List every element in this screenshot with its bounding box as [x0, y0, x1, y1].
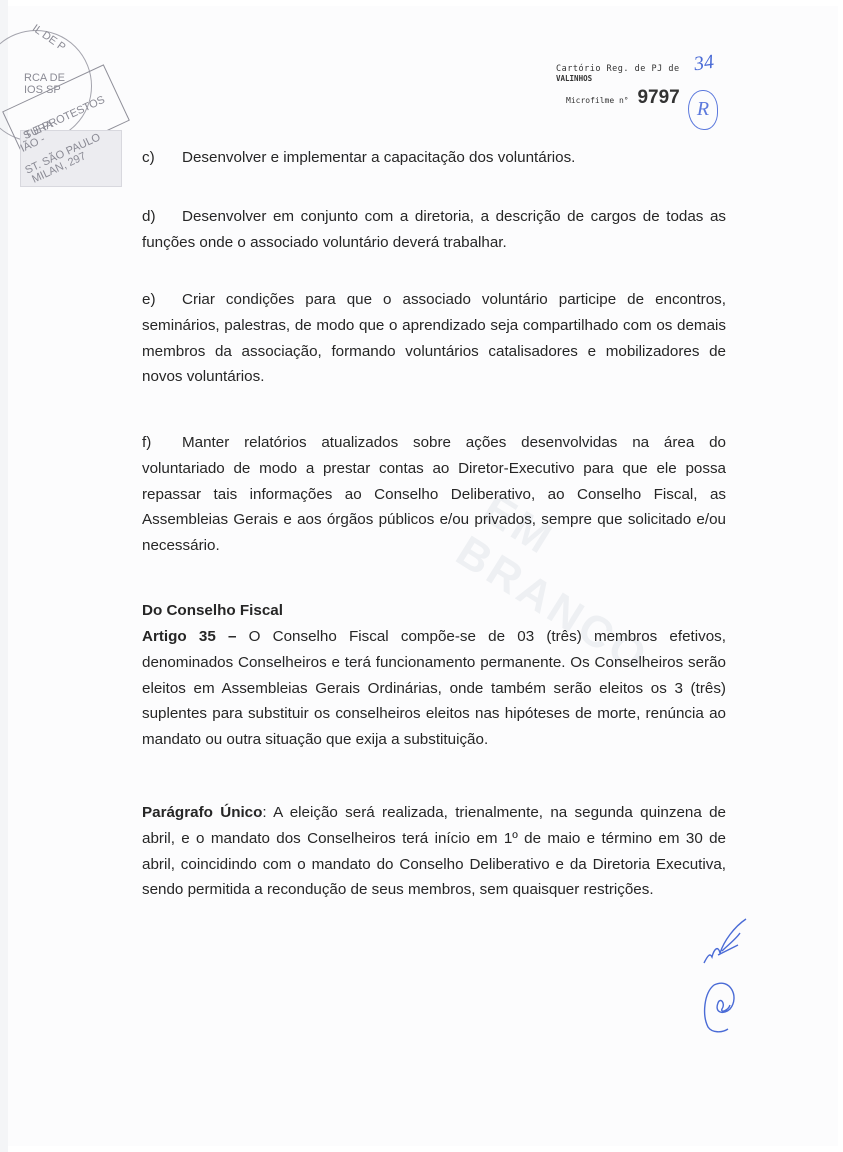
- list-item-d: d)Desenvolver em conjunto com a diretori…: [142, 204, 726, 256]
- folio-number: 34: [692, 51, 715, 77]
- registry-city: VALINHOS: [556, 74, 746, 83]
- list-item-f: f)Manter relatórios atualizados sobre aç…: [142, 430, 726, 559]
- item-marker: f): [142, 430, 182, 456]
- paragrafo-unico: Parágrafo Único: A eleição será realizad…: [142, 800, 726, 903]
- registry-stamp: Cartório Reg. de PJ de VALINHOS Microfil…: [556, 64, 746, 109]
- microfilm-number: 9797: [637, 87, 679, 108]
- list-item-e: e)Criar condições para que o associado v…: [142, 287, 726, 390]
- item-text: Criar condições para que o associado vol…: [142, 291, 726, 385]
- signature-mark: [700, 915, 750, 975]
- article-text: O Conselho Fiscal compõe-se de 03 (três)…: [142, 628, 726, 748]
- item-text: Desenvolver em conjunto com a diretoria,…: [142, 208, 726, 251]
- microfilm-row: Microfilme n° 9797: [566, 87, 746, 109]
- article-label: Artigo 35 –: [142, 628, 236, 645]
- section-heading: Do Conselho Fiscal: [142, 598, 726, 624]
- seal-line: IOS SP: [24, 84, 61, 96]
- microfilm-label: Microfilme n°: [566, 96, 629, 105]
- item-text: Desenvolver e implementar a capacitação …: [182, 149, 575, 166]
- notary-seal-stamp: IL DE P RCA DE IOS SP S E PROTESTOS TURA…: [10, 30, 130, 180]
- scan-edge: [0, 0, 8, 1152]
- paragraph-label: Parágrafo Único: [142, 804, 262, 821]
- registry-line1: Cartório Reg. de PJ de: [556, 64, 746, 74]
- article-35: Artigo 35 – O Conselho Fiscal compõe-se …: [142, 624, 726, 753]
- rubric-initial-bottom: [700, 975, 740, 1035]
- rubric-initial-top: R: [688, 90, 718, 130]
- list-item-c: c)Desenvolver e implementar a capacitaçã…: [142, 145, 726, 171]
- item-marker: c): [142, 145, 182, 171]
- item-marker: e): [142, 287, 182, 313]
- item-text: Manter relatórios atualizados sobre açõe…: [142, 434, 726, 554]
- item-marker: d): [142, 204, 182, 230]
- seal-line: RCA DE: [24, 72, 65, 84]
